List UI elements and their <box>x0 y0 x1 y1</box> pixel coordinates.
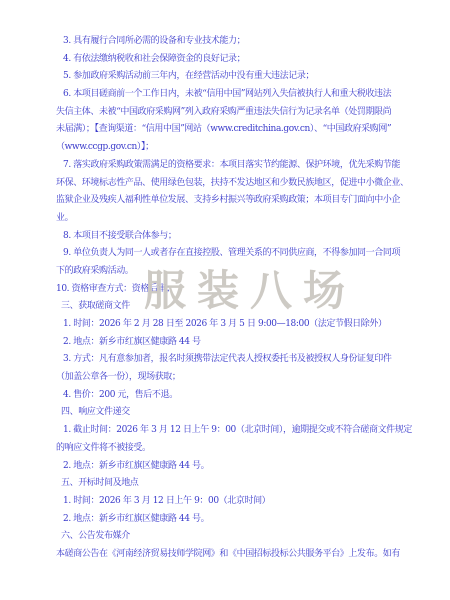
document-line: 四、响应文件递交 <box>56 404 406 422</box>
document-line: 10. 资格审查方式：资格后审； <box>56 281 406 299</box>
document-line: 监狱企业及残疾人福利性单位发展、支持乡村振兴等政府采购政策；本项目专门面向中小企 <box>56 192 406 210</box>
document-line: 3. 具有履行合同所必需的设备和专业技术能力； <box>56 33 406 51</box>
document-line: 失信主体、未被“中国政府采购网”列入政府采购严重违法失信行为记录名单（处罚期限尚 <box>56 104 406 122</box>
document-line: （www.ccgp.gov.cn）】； <box>56 139 406 157</box>
document-line: 业。 <box>56 210 406 228</box>
document-line: 8. 本项目不接受联合体参与； <box>56 228 406 246</box>
document-body: 3. 具有履行合同所必需的设备和专业技术能力；4. 有依法缴纳税收和社会保障资金… <box>56 33 406 564</box>
document-line: 4. 有依法缴纳税收和社会保障资金的良好记录； <box>56 51 406 69</box>
document-page: 3. 具有履行合同所必需的设备和专业技术能力；4. 有依法缴纳税收和社会保障资金… <box>0 0 450 600</box>
document-line: 下的政府采购活动。 <box>56 263 406 281</box>
document-line: 的响应文件将不被接受。 <box>56 440 406 458</box>
document-line: 6. 本项目磋商前一个工作日内，未被“信用中国”网站列入失信被执行人和重大税收违… <box>56 86 406 104</box>
document-line: 五、开标时间及地点 <box>56 475 406 493</box>
document-line: 9. 单位负责人为同一人或者存在直接控股、管理关系的不同供应商，不得参加同一合同… <box>56 245 406 263</box>
document-line: 2. 地点：新乡市红旗区健康路 44 号 <box>56 334 406 352</box>
document-line: 4. 售价：200 元，售后不退。 <box>56 387 406 405</box>
document-line: 2. 地点：新乡市红旗区健康路 44 号。 <box>56 511 406 529</box>
document-line: （加盖公章各一份），现场获取； <box>56 369 406 387</box>
document-line: 六、公告发布媒介 <box>56 528 406 546</box>
document-line: 环保、环境标志性产品、使用绿色包装，扶持不发达地区和少数民族地区，促进中小微企业… <box>56 175 406 193</box>
document-line: 1. 时间：2026 年 3 月 12 日上午 9：00（北京时间） <box>56 493 406 511</box>
document-line: 7. 落实政府采购政策需满足的资格要求：本项目落实节约能源、保护环境，优先采购节… <box>56 157 406 175</box>
document-line: 三、获取磋商文件 <box>56 298 406 316</box>
document-line: 3. 方式：凡有意参加者，报名时须携带法定代表人授权委托书及被授权人身份证复印件 <box>56 351 406 369</box>
document-line: 本磋商公告在《河南经济贸易技师学院网》和《中国招标投标公共服务平台》上发布。如有 <box>56 546 406 564</box>
document-line: 2. 地点：新乡市红旗区健康路 44 号。 <box>56 458 406 476</box>
document-line: 1. 时间：2026 年 2 月 28 日至 2026 年 3 月 5 日 9:… <box>56 316 406 334</box>
document-line: 未届满）；【查询渠道：“信用中国”网站（www.creditchina.gov.… <box>56 121 406 139</box>
document-line: 5. 参加政府采购活动前三年内，在经营活动中没有重大违法记录； <box>56 68 406 86</box>
document-line: 1. 截止时间：2026 年 3 月 12 日上午 9：00（北京时间），逾期提… <box>56 422 406 440</box>
